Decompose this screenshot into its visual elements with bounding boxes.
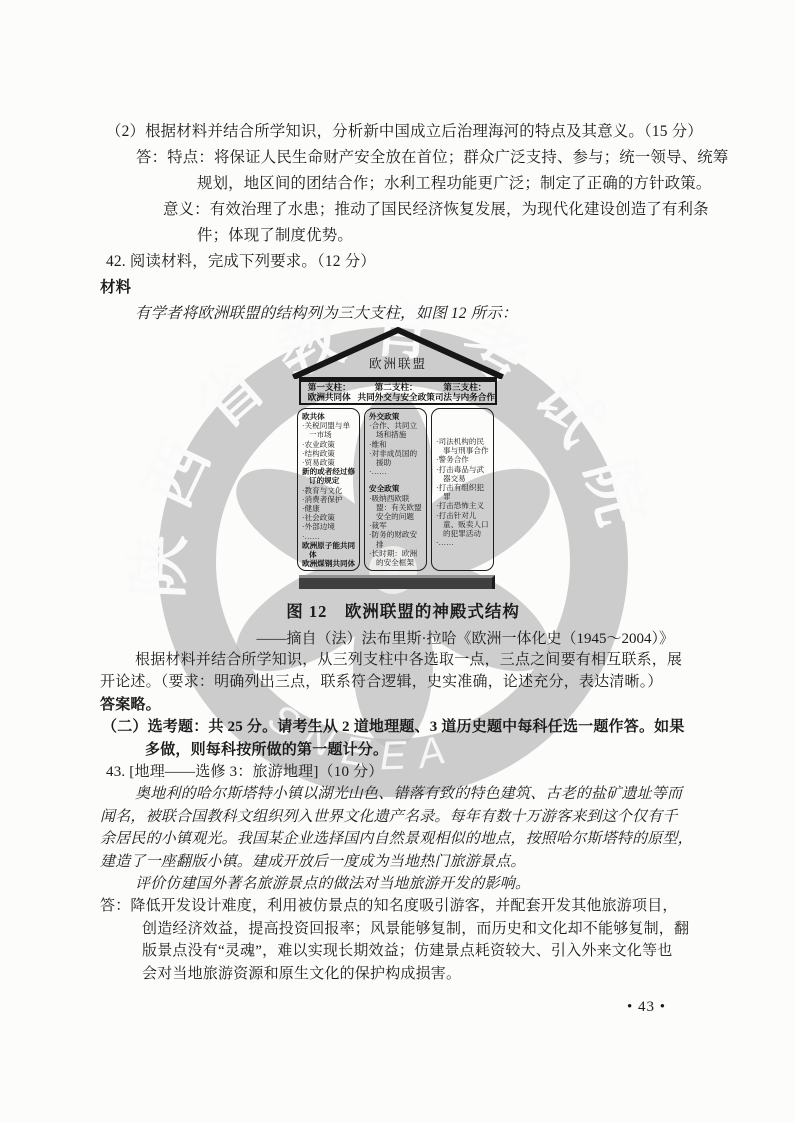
- pillar-line: ·吸纳西欧联盟：有关欧盟安全的问题: [369, 494, 424, 522]
- pillar-line: ·……: [436, 538, 491, 547]
- page-content: （2）根据材料并结合所学知识，分析新中国成立后治理海河的特点及其意义。（15 分…: [0, 0, 716, 1016]
- pillar-third: ·司法机构的民事与刑事合作·警务合作·打击毒品与武器交易·打击有组织犯罪·打击恐…: [431, 408, 494, 571]
- pillar-line: ·……: [369, 467, 424, 476]
- pillar-line: ·关税同盟与单一市场: [302, 421, 357, 439]
- text-line: （二）选考题：共 25 分。请考生从 2 道地理题、3 道历史题中每科任选一题作…: [100, 716, 716, 738]
- text-line: 多做，则每科按所做的第一题计分。: [100, 739, 716, 761]
- text-line: 件；体现了制度优势。: [100, 223, 716, 249]
- pillar-line: ·教育与文化: [302, 486, 357, 495]
- pillar-line: 欧洲原子能共同体: [302, 541, 357, 559]
- text-line: 版景点没有“灵魂”，难以实现长期效益；仿建景点耗资较大、引入外来文化等也: [100, 940, 716, 962]
- text-line: 答案略。: [100, 694, 716, 716]
- pillar-line: ·打击有组织犯罪: [436, 483, 491, 501]
- pillar-columns: 欧共体·关税同盟与单一市场·农业政策·结构政策·贸易政策新的或者经过修订的规定·…: [297, 408, 494, 571]
- roof-label: 欧洲联盟: [292, 354, 504, 372]
- pillar-header-subtitle: 司法与内务合作: [435, 393, 495, 403]
- pillar-line: ·健康: [302, 504, 357, 513]
- pillar-first: 欧共体·关税同盟与单一市场·农业政策·结构政策·贸易政策新的或者经过修订的规定·…: [297, 408, 360, 571]
- text-line: 答：降低开发设计难度，利用被仿景点的知名度吸引游客，并配套开发其他旅游项目，: [100, 895, 716, 917]
- page-number: • 43 •: [100, 999, 716, 1016]
- pillar-header-cell: 第一支柱： 欧洲共同体: [301, 383, 357, 403]
- text-line: 创造经济效益，提高投资回报率；风景能够复制，而历史和文化却不能够复制，翻: [100, 918, 716, 940]
- text-line: 43. [地理——选修 3：旅游地理]（10 分）: [100, 761, 716, 783]
- pillar-header-subtitle: 欧洲共同体: [301, 393, 357, 403]
- temple-base: [299, 575, 495, 589]
- text-line: 奥地利的哈尔斯塔特小镇以湖光山色、错落有致的特色建筑、古老的盐矿遗址等而: [100, 783, 716, 805]
- text-line: 意义：有效治理了水患；推动了国民经济恢复发展，为现代化建设创造了有利条: [100, 197, 716, 223]
- text-line: 根据材料并结合所学知识，从三列支柱中各选取一点，三点之间要有相互联系，展: [100, 649, 716, 671]
- eu-pillars-figure: 欧洲联盟 第一支柱： 欧洲共同体 第二支柱： 共同外交与安全政策 第三支柱： 司…: [100, 327, 716, 649]
- pillar-line: ·外部边境: [302, 522, 357, 531]
- figure-caption: 图 12 欧洲联盟的神殿式结构: [246, 598, 560, 622]
- pillar-line: 安全政策: [369, 484, 424, 493]
- text-line: 开论述。（要求：明确列出三点，联系符合逻辑，史实准确，论述充分，表达清晰。）: [100, 671, 716, 693]
- text-line: 材料: [100, 275, 716, 301]
- pillar-line: ·防务的财政安排: [369, 530, 424, 548]
- pillar-header-cell: 第二支柱： 共同外交与安全政策: [357, 383, 434, 403]
- pillar-line: ·警务合作: [436, 455, 491, 464]
- figure-attribution: ——摘自（法）法布里斯·拉哈《欧洲一体化史（1945～2004）》: [257, 627, 675, 648]
- text-line: 余居民的小镇观光。我国某企业选择国内自然景观相似的地点，按照哈尔斯塔特的原型，: [100, 828, 716, 850]
- pillar-line: ·打击恐怖主义: [436, 501, 491, 510]
- document-page: 陕西省教育考试院 SNEEA （2）根据材料并结合所学知识，分析新中国成立后治理…: [0, 0, 794, 1123]
- pillar-line: ·打击针对儿童、贩卖人口的犯罪活动: [436, 511, 491, 539]
- pillar-header-bar: 第一支柱： 欧洲共同体 第二支柱： 共同外交与安全政策 第三支柱： 司法与内务合…: [299, 377, 497, 405]
- text-line: 会对当地旅游资源和原生文化的保护构成损害。: [100, 963, 716, 985]
- text-line: 评价仿建国外著名旅游景点的做法对当地旅游开发的影响。: [100, 873, 716, 895]
- pillar-line: ·消费者保护: [302, 495, 357, 504]
- pillar-line: 欧共体: [302, 412, 357, 421]
- text-block-top: （2）根据材料并结合所学知识，分析新中国成立后治理海河的特点及其意义。（15 分…: [100, 119, 716, 327]
- pillar-line: ·合作、共同立场和措施: [369, 421, 424, 439]
- pillar-line: ·结构政策: [302, 449, 357, 458]
- pillar-line: ·打击毒品与武器交易: [436, 465, 491, 483]
- pillar-line: ·司法机构的民事与刑事合作: [436, 437, 491, 455]
- text-line: 42. 阅读材料，完成下列要求。（12 分）: [100, 249, 716, 275]
- pillar-line: 新的或者经过修订的规定: [302, 467, 357, 485]
- text-block-bottom: 根据材料并结合所学知识，从三列支柱中各选取一点，三点之间要有相互联系，展开论述。…: [100, 649, 716, 985]
- text-line: 建造了一座翻版小镇。建成开放后一度成为当地热门旅游景点。: [100, 851, 716, 873]
- pillar-line: ·……: [302, 532, 357, 541]
- text-line: 答：特点：将保证人民生命财产安全放在首位；群众广泛支持、参与；统一领导、统筹: [100, 145, 716, 171]
- text-line: 规划，地区间的团结合作；水利工程功能更广泛；制定了正确的方针政策。: [100, 171, 716, 197]
- pillar-line: ·维和: [369, 440, 424, 449]
- pillar-line: 外交政策: [369, 412, 424, 421]
- text-line: 闻名，被联合国教科文组织列入世界文化遗产名录。每年有数十万游客来到这个仅有千: [100, 806, 716, 828]
- pillar-second: 外交政策·合作、共同立场和措施·维和·对非成员国的援助·……安全政策·吸纳西欧联…: [364, 408, 427, 571]
- pillar-header-subtitle: 共同外交与安全政策: [357, 393, 434, 403]
- pillar-line: ·长时期：欧洲的安全框架: [369, 549, 424, 567]
- text-line: （2）根据材料并结合所学知识，分析新中国成立后治理海河的特点及其意义。（15 分…: [100, 119, 716, 145]
- text-line: 有学者将欧洲联盟的结构列为三大支柱，如图 12 所示：: [100, 301, 716, 327]
- pillar-line: 欧洲煤钢共同体: [302, 559, 357, 568]
- pillar-line: ·农业政策: [302, 440, 357, 449]
- pillar-line: ·贸易政策: [302, 458, 357, 467]
- pillar-header-cell: 第三支柱： 司法与内务合作: [435, 383, 495, 403]
- pillar-line: ·对非成员国的援助: [369, 449, 424, 467]
